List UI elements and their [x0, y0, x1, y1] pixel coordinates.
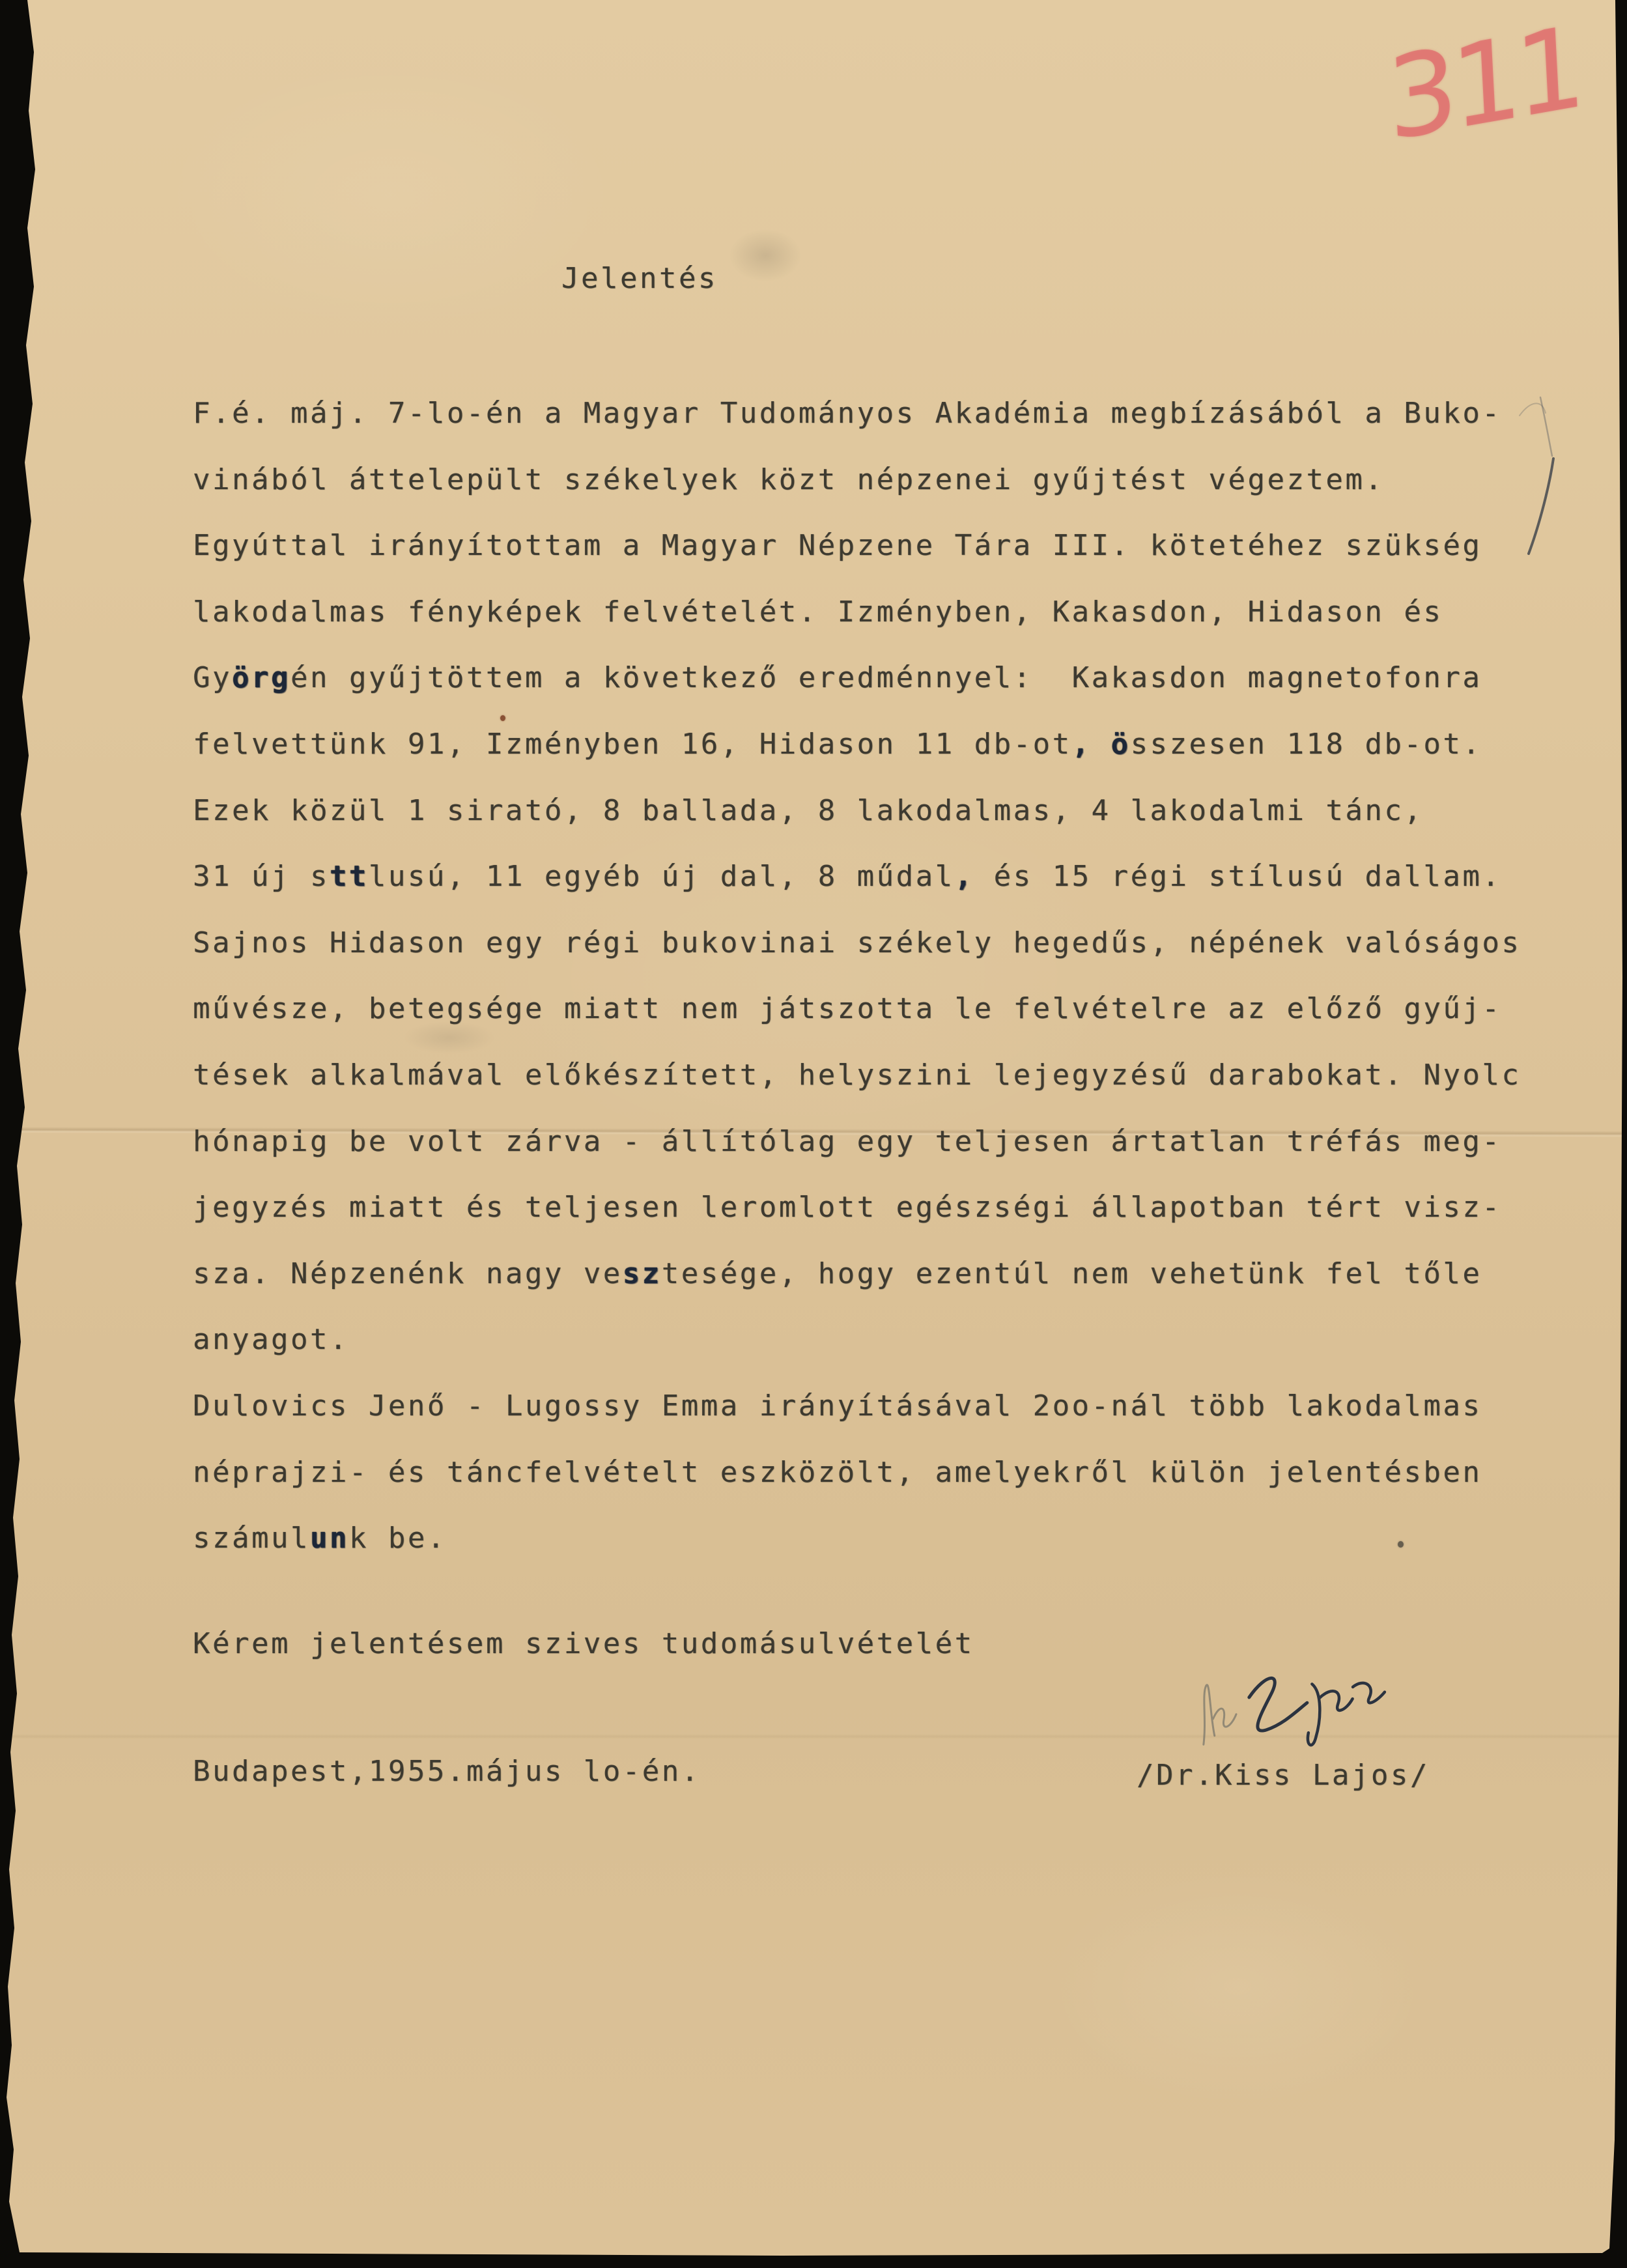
handwritten-archive-number: 311	[1384, 1, 1582, 166]
typed-segment: Ezek közül 1 sirató, 8 ballada, 8 lakoda…	[193, 794, 1423, 827]
typed-segment: anyagot.	[193, 1323, 349, 1356]
overstruck-segment: ör	[232, 661, 271, 694]
overstruck-segment: tt	[330, 860, 369, 893]
typed-segment: hónapig be volt zárva - állítólag egy te…	[193, 1125, 1501, 1158]
typed-segment: sza. Népzenénk nagy ve	[193, 1257, 623, 1290]
typed-segment: F.é. máj. 7-lo-én a Magyar Tudományos Ak…	[193, 397, 1501, 430]
typed-segment: néprajzi- és táncfelvételt eszközölt, am…	[193, 1456, 1482, 1489]
pen-stroke-mark	[1508, 390, 1573, 572]
typed-segment: tések alkalmával előkészített, helyszini…	[193, 1058, 1521, 1092]
typed-segment: felvettünk 91, Izményben 16, Hidason 11 …	[193, 728, 1072, 761]
typed-segment: Gy	[193, 661, 232, 694]
typed-segment: Sajnos Hidason egy régi bukovinai székel…	[193, 926, 1521, 959]
typed-segment	[1092, 728, 1111, 761]
typed-line: néprajzi- és táncfelvételt eszközölt, am…	[193, 1456, 1521, 1523]
typed-segment: jegyzés miatt és teljesen leromlott egés…	[193, 1191, 1501, 1224]
typed-segment: k be.	[349, 1522, 447, 1555]
typed-line: jegyzés miatt és teljesen leromlott egés…	[193, 1191, 1521, 1258]
typed-segment: és 15 régi stílusú dallam.	[974, 860, 1502, 893]
date-line: Budapest,1955.május lo-én.	[193, 1755, 701, 1788]
scan-background: { "scan": { "archive_number": "311", "pa…	[0, 0, 1627, 2268]
typed-segment: számul	[193, 1522, 310, 1555]
overstruck-segment: ,	[955, 860, 974, 893]
typed-line: Dulovics Jenő - Lugossy Emma irányításáv…	[193, 1390, 1521, 1456]
typed-line: anyagot.	[193, 1324, 1521, 1390]
typed-segment: én gyűjtöttem a következő eredménnyel: K…	[290, 661, 1482, 694]
typed-segment: tesége, hogy ezentúl nem vehetünk fel tő…	[662, 1257, 1482, 1290]
typed-segment: lakodalmas fényképek felvételét. Izményb…	[193, 595, 1443, 629]
smudge-mark	[729, 229, 801, 281]
typed-segment: vinából áttelepült székelyek közt népzen…	[193, 463, 1384, 496]
overstruck-segment: un	[310, 1522, 349, 1555]
document-title: Jelentés	[561, 262, 718, 295]
typed-line: Györgén gyűjtöttem a következő eredménny…	[193, 662, 1521, 728]
typed-segment: Egyúttal irányítottam a Magyar Népzene T…	[193, 529, 1482, 562]
handwritten-signature	[1183, 1657, 1406, 1766]
typed-line: Sajnos Hidason egy régi bukovinai székel…	[193, 927, 1521, 993]
typed-line: hónapig be volt zárva - állítólag egy te…	[193, 1126, 1521, 1192]
paper-sheet: 311 Jelentés F.é. máj. 7-lo-én a Magyar …	[0, 0, 1627, 2268]
typed-line: F.é. máj. 7-lo-én a Magyar Tudományos Ak…	[193, 397, 1521, 464]
typed-line: felvettünk 91, Izményben 16, Hidason 11 …	[193, 728, 1521, 795]
overstruck-segment: g	[271, 661, 290, 694]
typed-line: művésze, betegsége miatt nem játszotta l…	[193, 993, 1521, 1059]
typed-line: tések alkalmával előkészített, helyszini…	[193, 1059, 1521, 1126]
typed-line: lakodalmas fényképek felvételét. Izményb…	[193, 596, 1521, 662]
typed-segment: Dulovics Jenő - Lugossy Emma irányításáv…	[193, 1389, 1482, 1423]
typed-segment: sszesen 118 db-ot.	[1131, 728, 1482, 761]
typed-line: Egyúttal irányítottam a Magyar Népzene T…	[193, 530, 1521, 596]
typed-line: számulunk be.	[193, 1522, 1521, 1589]
closing-line: Kérem jelentésem szives tudomásulvételét	[193, 1627, 974, 1660]
overstruck-segment: ,	[1072, 728, 1092, 761]
overstruck-segment: sz	[623, 1257, 662, 1290]
typed-signature: /Dr.Kiss Lajos/	[1137, 1759, 1430, 1792]
typed-segment: művésze, betegsége miatt nem játszotta l…	[193, 992, 1501, 1025]
typed-line: sza. Népzenénk nagy vesztesége, hogy eze…	[193, 1258, 1521, 1324]
typed-segment: 31 új s	[193, 860, 330, 893]
overstruck-segment: ö	[1111, 728, 1131, 761]
typed-body-paragraph: F.é. máj. 7-lo-én a Magyar Tudományos Ak…	[193, 397, 1521, 1589]
typed-line: vinából áttelepült székelyek közt népzen…	[193, 464, 1521, 530]
typed-line: 31 új sttlusú, 11 egyéb új dal, 8 műdal,…	[193, 860, 1521, 927]
typed-line: Ezek közül 1 sirató, 8 ballada, 8 lakoda…	[193, 795, 1521, 861]
typed-segment: lusú, 11 egyéb új dal, 8 műdal	[369, 860, 955, 893]
